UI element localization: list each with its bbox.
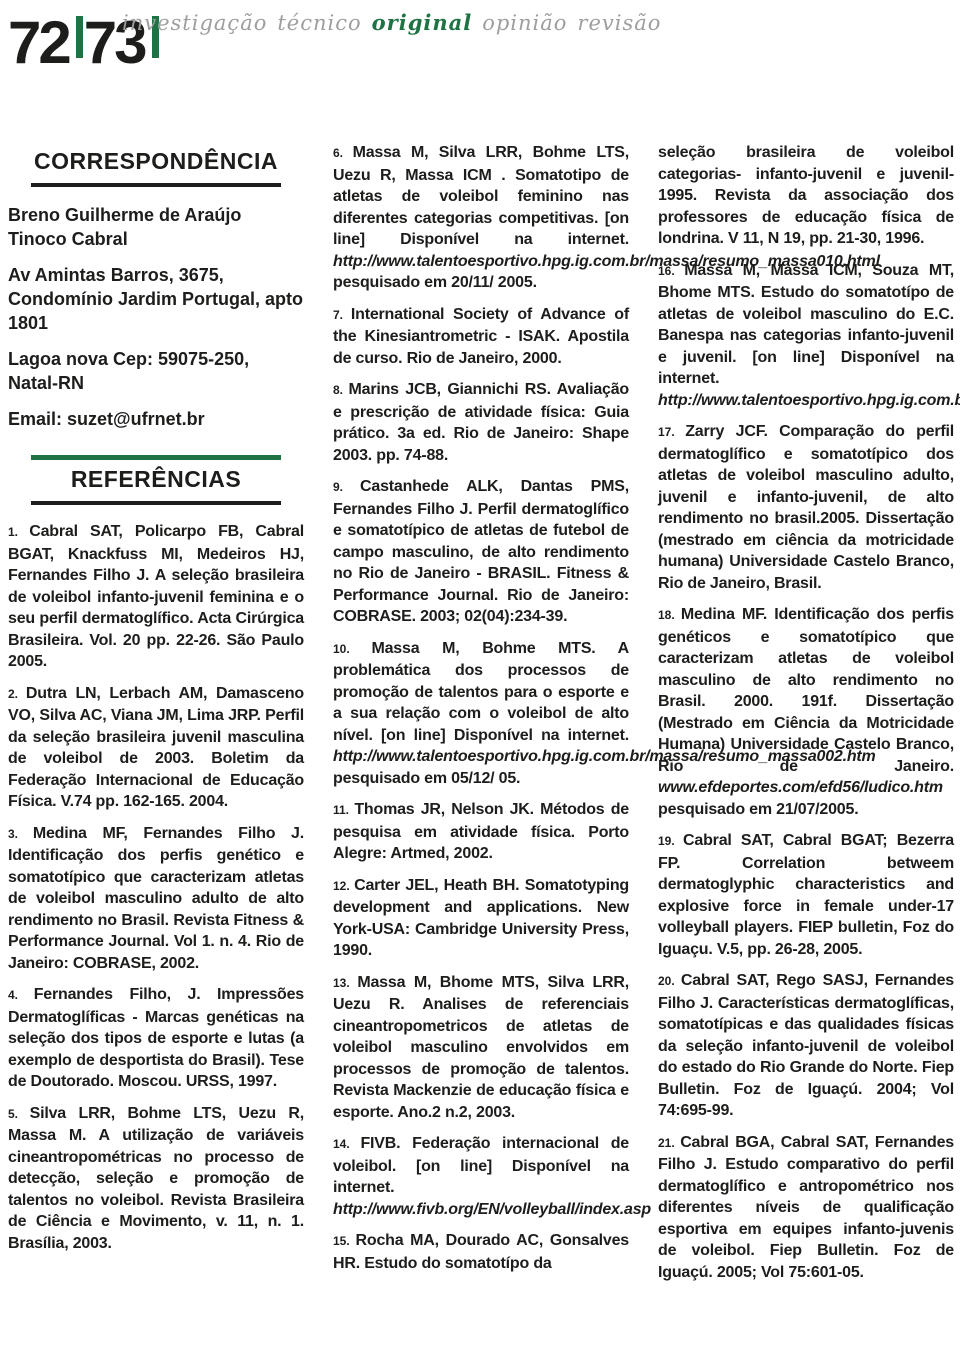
reference-number: 12.	[333, 879, 354, 893]
address-line: Av Amintas Barros, 3675, Condomínio Jard…	[8, 263, 304, 335]
reference-text: Massa M, Bohme MTS. A problemática dos p…	[333, 640, 629, 744]
address-line: Email: suzet@ufrnet.br	[8, 407, 304, 431]
reference-item: 9. Castanhede ALK, Dantas PMS, Fernandes…	[333, 476, 629, 628]
reference-item: 3. Medina MF, Fernandes Filho J. Identif…	[8, 823, 304, 975]
column-left: CORRESPONDÊNCIA Breno Guilherme de Araúj…	[8, 142, 304, 1293]
reference-url: www.efdeportes.com/efd56/ludico.htm	[658, 779, 943, 796]
reference-number: 17.	[658, 425, 685, 439]
tag-opinião: opinião	[482, 11, 567, 35]
reference-item: 12. Carter JEL, Heath BH. Somatotyping d…	[333, 875, 629, 962]
reference-item: 8. Marins JCB, Giannichi RS. Avaliação e…	[333, 379, 629, 466]
reference-text: pesquisado em 21/07/2005.	[658, 801, 858, 818]
reference-item: 2. Dutra LN, Lerbach AM, Damasceno VO, S…	[8, 683, 304, 813]
tag-investigação: investigação	[122, 11, 267, 35]
reference-text: Cabral BGA, Cabral SAT, Fernandes Filho …	[658, 1134, 954, 1281]
reference-number: 18.	[658, 608, 681, 622]
reference-text: Castanhede ALK, Dantas PMS, Fernandes Fi…	[333, 478, 629, 625]
reference-item: 10. Massa M, Bohme MTS. A problemática d…	[333, 638, 629, 790]
reference-number: 21.	[658, 1136, 680, 1150]
column-middle: 6. Massa M, Silva LRR, Bohme LTS, Uezu R…	[333, 142, 629, 1293]
reference-item: 4. Fernandes Filho, J. Impressões Dermat…	[8, 984, 304, 1093]
reference-text: Cabral SAT, Cabral BGAT; Bezerra FP. Cor…	[658, 832, 954, 958]
reference-number: 7.	[333, 308, 351, 322]
column-right: seleção brasileira de voleibol categoria…	[658, 142, 954, 1293]
reference-item: 14. FIVB. Federação internacional de vol…	[333, 1133, 629, 1220]
reference-item: 17. Zarry JCF. Comparação do perfil derm…	[658, 421, 954, 594]
reference-text: Medina MF. Identificação dos perfis gené…	[658, 606, 954, 775]
reference-number: 10.	[333, 642, 371, 656]
reference-text: Zarry JCF. Comparação do perfil dermatog…	[658, 423, 954, 592]
reference-number: 13.	[333, 976, 357, 990]
references-column-middle: 6. Massa M, Silva LRR, Bohme LTS, Uezu R…	[333, 142, 629, 1274]
correspondence-heading: CORRESPONDÊNCIA	[31, 148, 281, 187]
reference-item: 13. Massa M, Bhome MTS, Silva LRR, Uezu …	[333, 972, 629, 1124]
reference-text: Medina MF, Fernandes Filho J. Identifica…	[8, 825, 304, 972]
green-rule	[31, 455, 281, 460]
reference-text: Fernandes Filho, J. Impressões Dermatogl…	[8, 986, 304, 1090]
reference-text: seleção brasileira de voleibol categoria…	[658, 144, 954, 247]
reference-number: 15.	[333, 1234, 356, 1248]
reference-item: 18. Medina MF. Identificação dos perfis …	[658, 604, 954, 820]
green-divider-bar	[76, 16, 83, 58]
reference-number: 1.	[8, 525, 29, 539]
reference-text: Dutra LN, Lerbach AM, Damasceno VO, Silv…	[8, 685, 304, 811]
tag-revisão: revisão	[577, 11, 661, 35]
reference-text: FIVB. Federação internacional de voleibo…	[333, 1135, 629, 1196]
reference-item: seleção brasileira de voleibol categoria…	[658, 142, 954, 250]
reference-item: 15. Rocha MA, Dourado AC, Gonsalves HR. …	[333, 1230, 629, 1274]
section-tags: investigaçãotécnicooriginalopiniãorevisã…	[122, 10, 671, 35]
address-line: Breno Guilherme de Araújo Tinoco Cabral	[8, 203, 304, 251]
reference-number: 5.	[8, 1107, 30, 1121]
reference-number: 6.	[333, 146, 353, 160]
tag-técnico: técnico	[277, 11, 361, 35]
reference-number: 4.	[8, 988, 34, 1002]
references-column-right: seleção brasileira de voleibol categoria…	[658, 142, 954, 1283]
reference-number: 9.	[333, 480, 360, 494]
reference-text: Silva LRR, Bohme LTS, Uezu R, Massa M. A…	[8, 1105, 304, 1252]
address-line: Lagoa nova Cep: 59075-250, Natal-RN	[8, 347, 304, 395]
reference-item: 21. Cabral BGA, Cabral SAT, Fernandes Fi…	[658, 1132, 954, 1284]
reference-text: Carter JEL, Heath BH. Somatotyping devel…	[333, 877, 629, 960]
reference-text: Cabral SAT, Policarpo FB, Cabral BGAT, K…	[8, 523, 304, 670]
reference-text: pesquisado em 20/11/ 2005.	[333, 274, 537, 291]
references-heading: REFERÊNCIAS	[31, 466, 281, 505]
reference-text: Massa M, Silva LRR, Bohme LTS, Uezu R, M…	[333, 144, 629, 248]
reference-item: 19. Cabral SAT, Cabral BGAT; Bezerra FP.…	[658, 830, 954, 960]
reference-item: 5. Silva LRR, Bohme LTS, Uezu R, Massa M…	[8, 1103, 304, 1255]
reference-text: Rocha MA, Dourado AC, Gonsalves HR. Estu…	[333, 1232, 629, 1272]
reference-item: 16. Massa M, Massa ICM, Souza MT, Bhome …	[658, 260, 954, 412]
reference-text: Marins JCB, Giannichi RS. Avaliação e pr…	[333, 381, 629, 464]
references-column-left: 1. Cabral SAT, Policarpo FB, Cabral BGAT…	[8, 521, 304, 1254]
reference-number: 11.	[333, 803, 354, 817]
reference-url: http://www.fivb.org/EN/volleyball/index.…	[333, 1201, 651, 1218]
reference-number: 8.	[333, 383, 349, 397]
reference-number: 20.	[658, 974, 681, 988]
reference-number: 19.	[658, 834, 683, 848]
reference-number: 2.	[8, 687, 26, 701]
reference-item: 7. International Society of Advance of t…	[333, 304, 629, 370]
columns: CORRESPONDÊNCIA Breno Guilherme de Araúj…	[8, 142, 954, 1293]
page-number-left: 72	[8, 16, 69, 70]
reference-text: Thomas JR, Nelson JK. Métodos de pesquis…	[333, 801, 629, 862]
reference-url: http://www.talentoesportivo.hpg.ig.com.b…	[658, 392, 960, 409]
reference-number: 14.	[333, 1137, 360, 1151]
reference-text: International Society of Advance of the …	[333, 306, 629, 367]
correspondence-block: Breno Guilherme de Araújo Tinoco CabralA…	[8, 203, 304, 431]
reference-text: Massa M, Bhome MTS, Silva LRR, Uezu R. A…	[333, 974, 629, 1121]
journal-page: 7273 investigaçãotécnicooriginalopiniãor…	[0, 0, 960, 1352]
tag-original: original	[372, 10, 473, 35]
reference-number: 16.	[658, 264, 684, 278]
reference-item: 20. Cabral SAT, Rego SASJ, Fernandes Fil…	[658, 970, 954, 1122]
reference-number: 3.	[8, 827, 33, 841]
reference-item: 11. Thomas JR, Nelson JK. Métodos de pes…	[333, 799, 629, 865]
reference-text: Massa M, Massa ICM, Souza MT, Bhome MTS.…	[658, 262, 954, 388]
reference-text: pesquisado em 05/12/ 05.	[333, 770, 520, 787]
reference-item: 6. Massa M, Silva LRR, Bohme LTS, Uezu R…	[333, 142, 629, 294]
reference-item: 1. Cabral SAT, Policarpo FB, Cabral BGAT…	[8, 521, 304, 673]
reference-text: Cabral SAT, Rego SASJ, Fernandes Filho J…	[658, 972, 954, 1119]
